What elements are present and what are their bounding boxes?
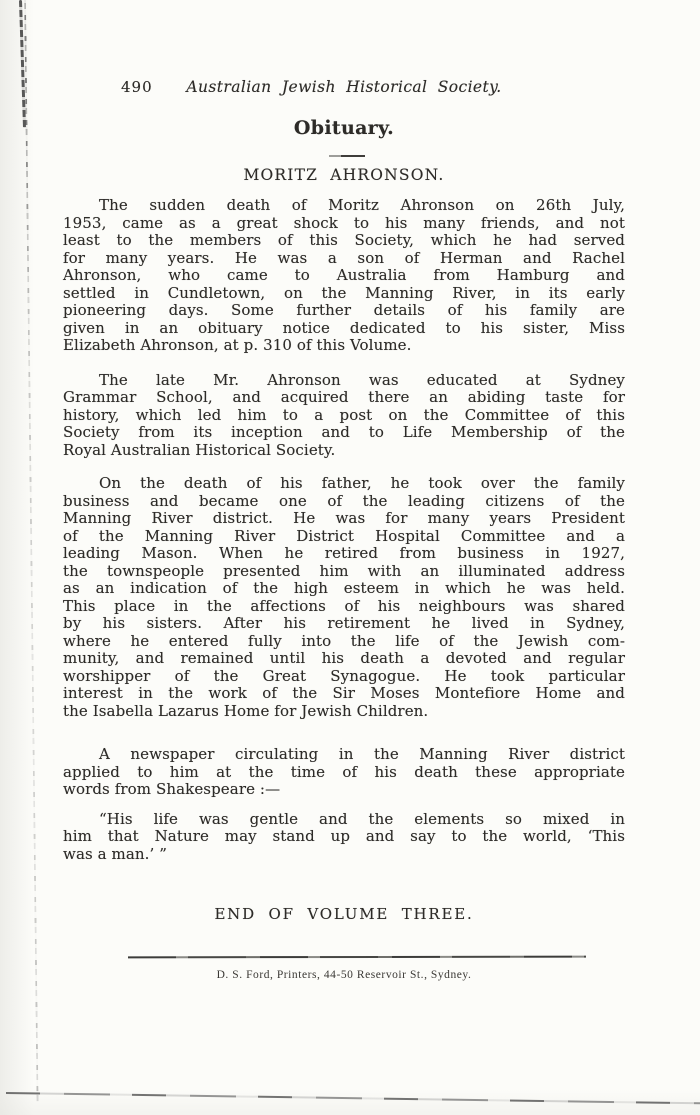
text-line: history, which led him to a post on the …	[63, 407, 625, 425]
paragraph: A newspaper circulating in the Manning R…	[63, 746, 625, 799]
text-line: given in an obituary notice dedicated to…	[63, 320, 625, 338]
text-line: Ahronson, who came to Australia from Ham…	[63, 267, 625, 285]
text-line: where he entered fully into the life of …	[63, 633, 625, 651]
text-line: “His life was gentle and the elements so…	[63, 811, 625, 829]
paragraph: On the death of his father, he took over…	[63, 475, 625, 720]
paragraph: The late Mr. Ahronson was educated at Sy…	[63, 372, 625, 460]
paragraph: The sudden death of Moritz Ahronson on 2…	[63, 197, 625, 355]
page-edge-artifact	[6, 1092, 700, 1104]
text-line: Grammar School, and acquired there an ab…	[63, 389, 625, 407]
text-line: words from Shakespeare :—	[63, 781, 625, 799]
text-line: A newspaper circulating in the Manning R…	[63, 746, 625, 764]
text-line: leading Mason. When he retired from busi…	[63, 545, 625, 563]
title-divider	[329, 155, 365, 157]
scanned-page: 490 Australian Jewish Historical Society…	[0, 0, 700, 1115]
article-title: MORITZ AHRONSON.	[63, 166, 625, 184]
binding-edge-line	[24, 0, 39, 1102]
text-line: of the Manning River District Hospital C…	[63, 528, 625, 546]
text-line: munity, and remained until his death a d…	[63, 650, 625, 668]
text-line: the townspeople presented him with an il…	[63, 563, 625, 581]
text-line: Elizabeth Ahronson, at p. 310 of this Vo…	[63, 337, 625, 355]
text-line: Royal Australian Historical Society.	[63, 442, 625, 460]
text-line: The late Mr. Ahronson was educated at Sy…	[63, 372, 625, 390]
text-line: for many years. He was a son of Herman a…	[63, 250, 625, 268]
text-line: least to the members of this Society, wh…	[63, 232, 625, 250]
end-note: END OF VOLUME THREE.	[63, 905, 625, 923]
footer-rule	[128, 956, 586, 959]
text-line: Manning River district. He was for many …	[63, 510, 625, 528]
text-line: the Isabella Lazarus Home for Jewish Chi…	[63, 703, 625, 721]
text-line: worshipper of the Great Synagogue. He to…	[63, 668, 625, 686]
text-line: 1953, came as a great shock to his many …	[63, 215, 625, 233]
text-line: pioneering days. Some further details of…	[63, 302, 625, 320]
printer-imprint: D. S. Ford, Printers, 44-50 Reservoir St…	[63, 969, 625, 981]
section-title: Obituary.	[63, 117, 625, 139]
text-line: interest in the work of the Sir Moses Mo…	[63, 685, 625, 703]
text-line: On the death of his father, he took over…	[63, 475, 625, 493]
text-line: settled in Cundletown, on the Manning Ri…	[63, 285, 625, 303]
text-line: was a man.’ ”	[63, 846, 625, 864]
text-line: Society from its inception and to Life M…	[63, 424, 625, 442]
text-line: by his sisters. After his retirement he …	[63, 615, 625, 633]
text-line: business and became one of the leading c…	[63, 493, 625, 511]
text-line: This place in the affections of his neig…	[63, 598, 625, 616]
text-line: him that Nature may stand up and say to …	[63, 828, 625, 846]
running-header: Australian Jewish Historical Society.	[63, 78, 625, 96]
text-line: applied to him at the time of his death …	[63, 764, 625, 782]
text-line: as an indication of the high esteem in w…	[63, 580, 625, 598]
page-header: 490 Australian Jewish Historical Society…	[63, 78, 625, 98]
text-line: The sudden death of Moritz Ahronson on 2…	[63, 197, 625, 215]
article-body: The sudden death of Moritz Ahronson on 2…	[63, 197, 625, 863]
paragraph: “His life was gentle and the elements so…	[63, 811, 625, 864]
